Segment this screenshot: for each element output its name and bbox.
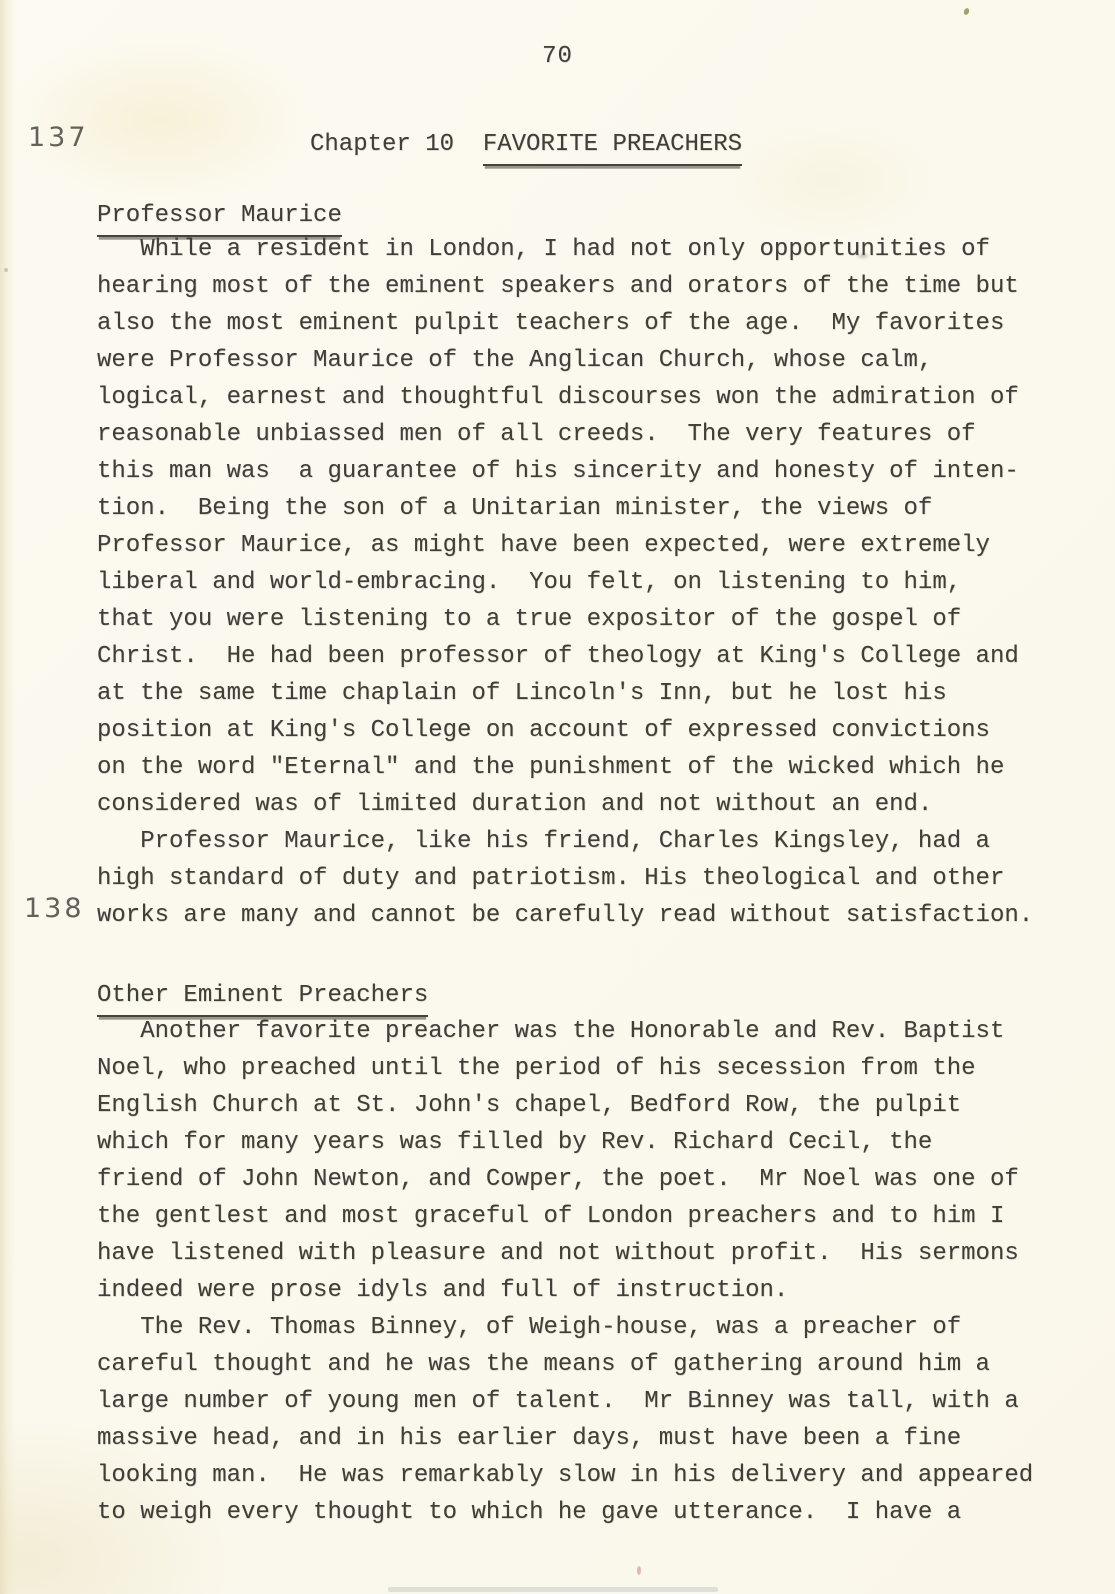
text-line: logical, earnest and thoughtful discours… bbox=[97, 379, 1033, 416]
scan-edge-shadow bbox=[388, 1587, 718, 1592]
paper-speck bbox=[4, 268, 8, 272]
section-heading-other-eminent-preachers: Other Eminent Preachers bbox=[97, 977, 428, 1017]
text-line: high standard of duty and patriotism. Hi… bbox=[97, 860, 1033, 897]
text-line: While a resident in London, I had not on… bbox=[97, 231, 1033, 268]
text-line: Another favorite preacher was the Honora… bbox=[97, 1013, 1033, 1050]
text-line: friend of John Newton, and Cowper, the p… bbox=[97, 1161, 1033, 1198]
text-line: careful thought and he was the means of … bbox=[97, 1346, 1033, 1383]
margin-number-137: 137 bbox=[28, 122, 89, 153]
ink-smudge bbox=[855, 252, 871, 260]
document-page: 70 137 138 Chapter 10 FAVORITE PREACHERS… bbox=[0, 0, 1115, 1594]
text-line: that you were listening to a true exposi… bbox=[97, 601, 1033, 638]
text-line: considered was of limited duration and n… bbox=[97, 786, 1033, 823]
section-body-professor-maurice: While a resident in London, I had not on… bbox=[97, 231, 1033, 934]
text-line: indeed were prose idyls and full of inst… bbox=[97, 1272, 1033, 1309]
text-line: also the most eminent pulpit teachers of… bbox=[97, 305, 1033, 342]
chapter-heading: Chapter 10 FAVORITE PREACHERS bbox=[310, 126, 742, 166]
text-line: at the same time chaplain of Lincoln's I… bbox=[97, 675, 1033, 712]
text-line: to weigh every thought to which he gave … bbox=[97, 1494, 1033, 1531]
text-line: works are many and cannot be carefully r… bbox=[97, 897, 1033, 934]
page-number: 70 bbox=[0, 38, 1115, 75]
text-line: Christ. He had been professor of theolog… bbox=[97, 638, 1033, 675]
text-line: position at King's College on account of… bbox=[97, 712, 1033, 749]
text-line: Noel, who preached until the period of h… bbox=[97, 1050, 1033, 1087]
text-line: Professor Maurice, as might have been ex… bbox=[97, 527, 1033, 564]
text-line: English Church at St. John's chapel, Bed… bbox=[97, 1087, 1033, 1124]
text-line: Professor Maurice, like his friend, Char… bbox=[97, 823, 1033, 860]
chapter-title: FAVORITE PREACHERS bbox=[483, 126, 742, 166]
text-line: the gentlest and most graceful of London… bbox=[97, 1198, 1033, 1235]
text-line: on the word "Eternal" and the punishment… bbox=[97, 749, 1033, 786]
chapter-prefix: Chapter 10 bbox=[310, 131, 454, 158]
text-line: reasonable unbiassed men of all creeds. … bbox=[97, 416, 1033, 453]
text-line: hearing most of the eminent speakers and… bbox=[97, 268, 1033, 305]
section-heading-text: Other Eminent Preachers bbox=[97, 977, 428, 1017]
text-line: looking man. He was remarkably slow in h… bbox=[97, 1457, 1033, 1494]
text-line: The Rev. Thomas Binney, of Weigh-house, … bbox=[97, 1309, 1033, 1346]
text-line: this man was a guarantee of his sincerit… bbox=[97, 453, 1033, 490]
text-line: which for many years was filled by Rev. … bbox=[97, 1124, 1033, 1161]
text-line: tion. Being the son of a Unitarian minis… bbox=[97, 490, 1033, 527]
text-line: have listened with pleasure and not with… bbox=[97, 1235, 1033, 1272]
margin-number-138: 138 bbox=[24, 893, 85, 924]
text-line: were Professor Maurice of the Anglican C… bbox=[97, 342, 1033, 379]
paper-speck bbox=[963, 7, 970, 15]
text-line: liberal and world-embracing. You felt, o… bbox=[97, 564, 1033, 601]
paper-speck bbox=[637, 1566, 641, 1575]
chapter-heading-gap bbox=[454, 131, 483, 158]
section-body-other-eminent-preachers: Another favorite preacher was the Honora… bbox=[97, 1013, 1033, 1531]
text-line: massive head, and in his earlier days, m… bbox=[97, 1420, 1033, 1457]
text-line: large number of young men of talent. Mr … bbox=[97, 1383, 1033, 1420]
